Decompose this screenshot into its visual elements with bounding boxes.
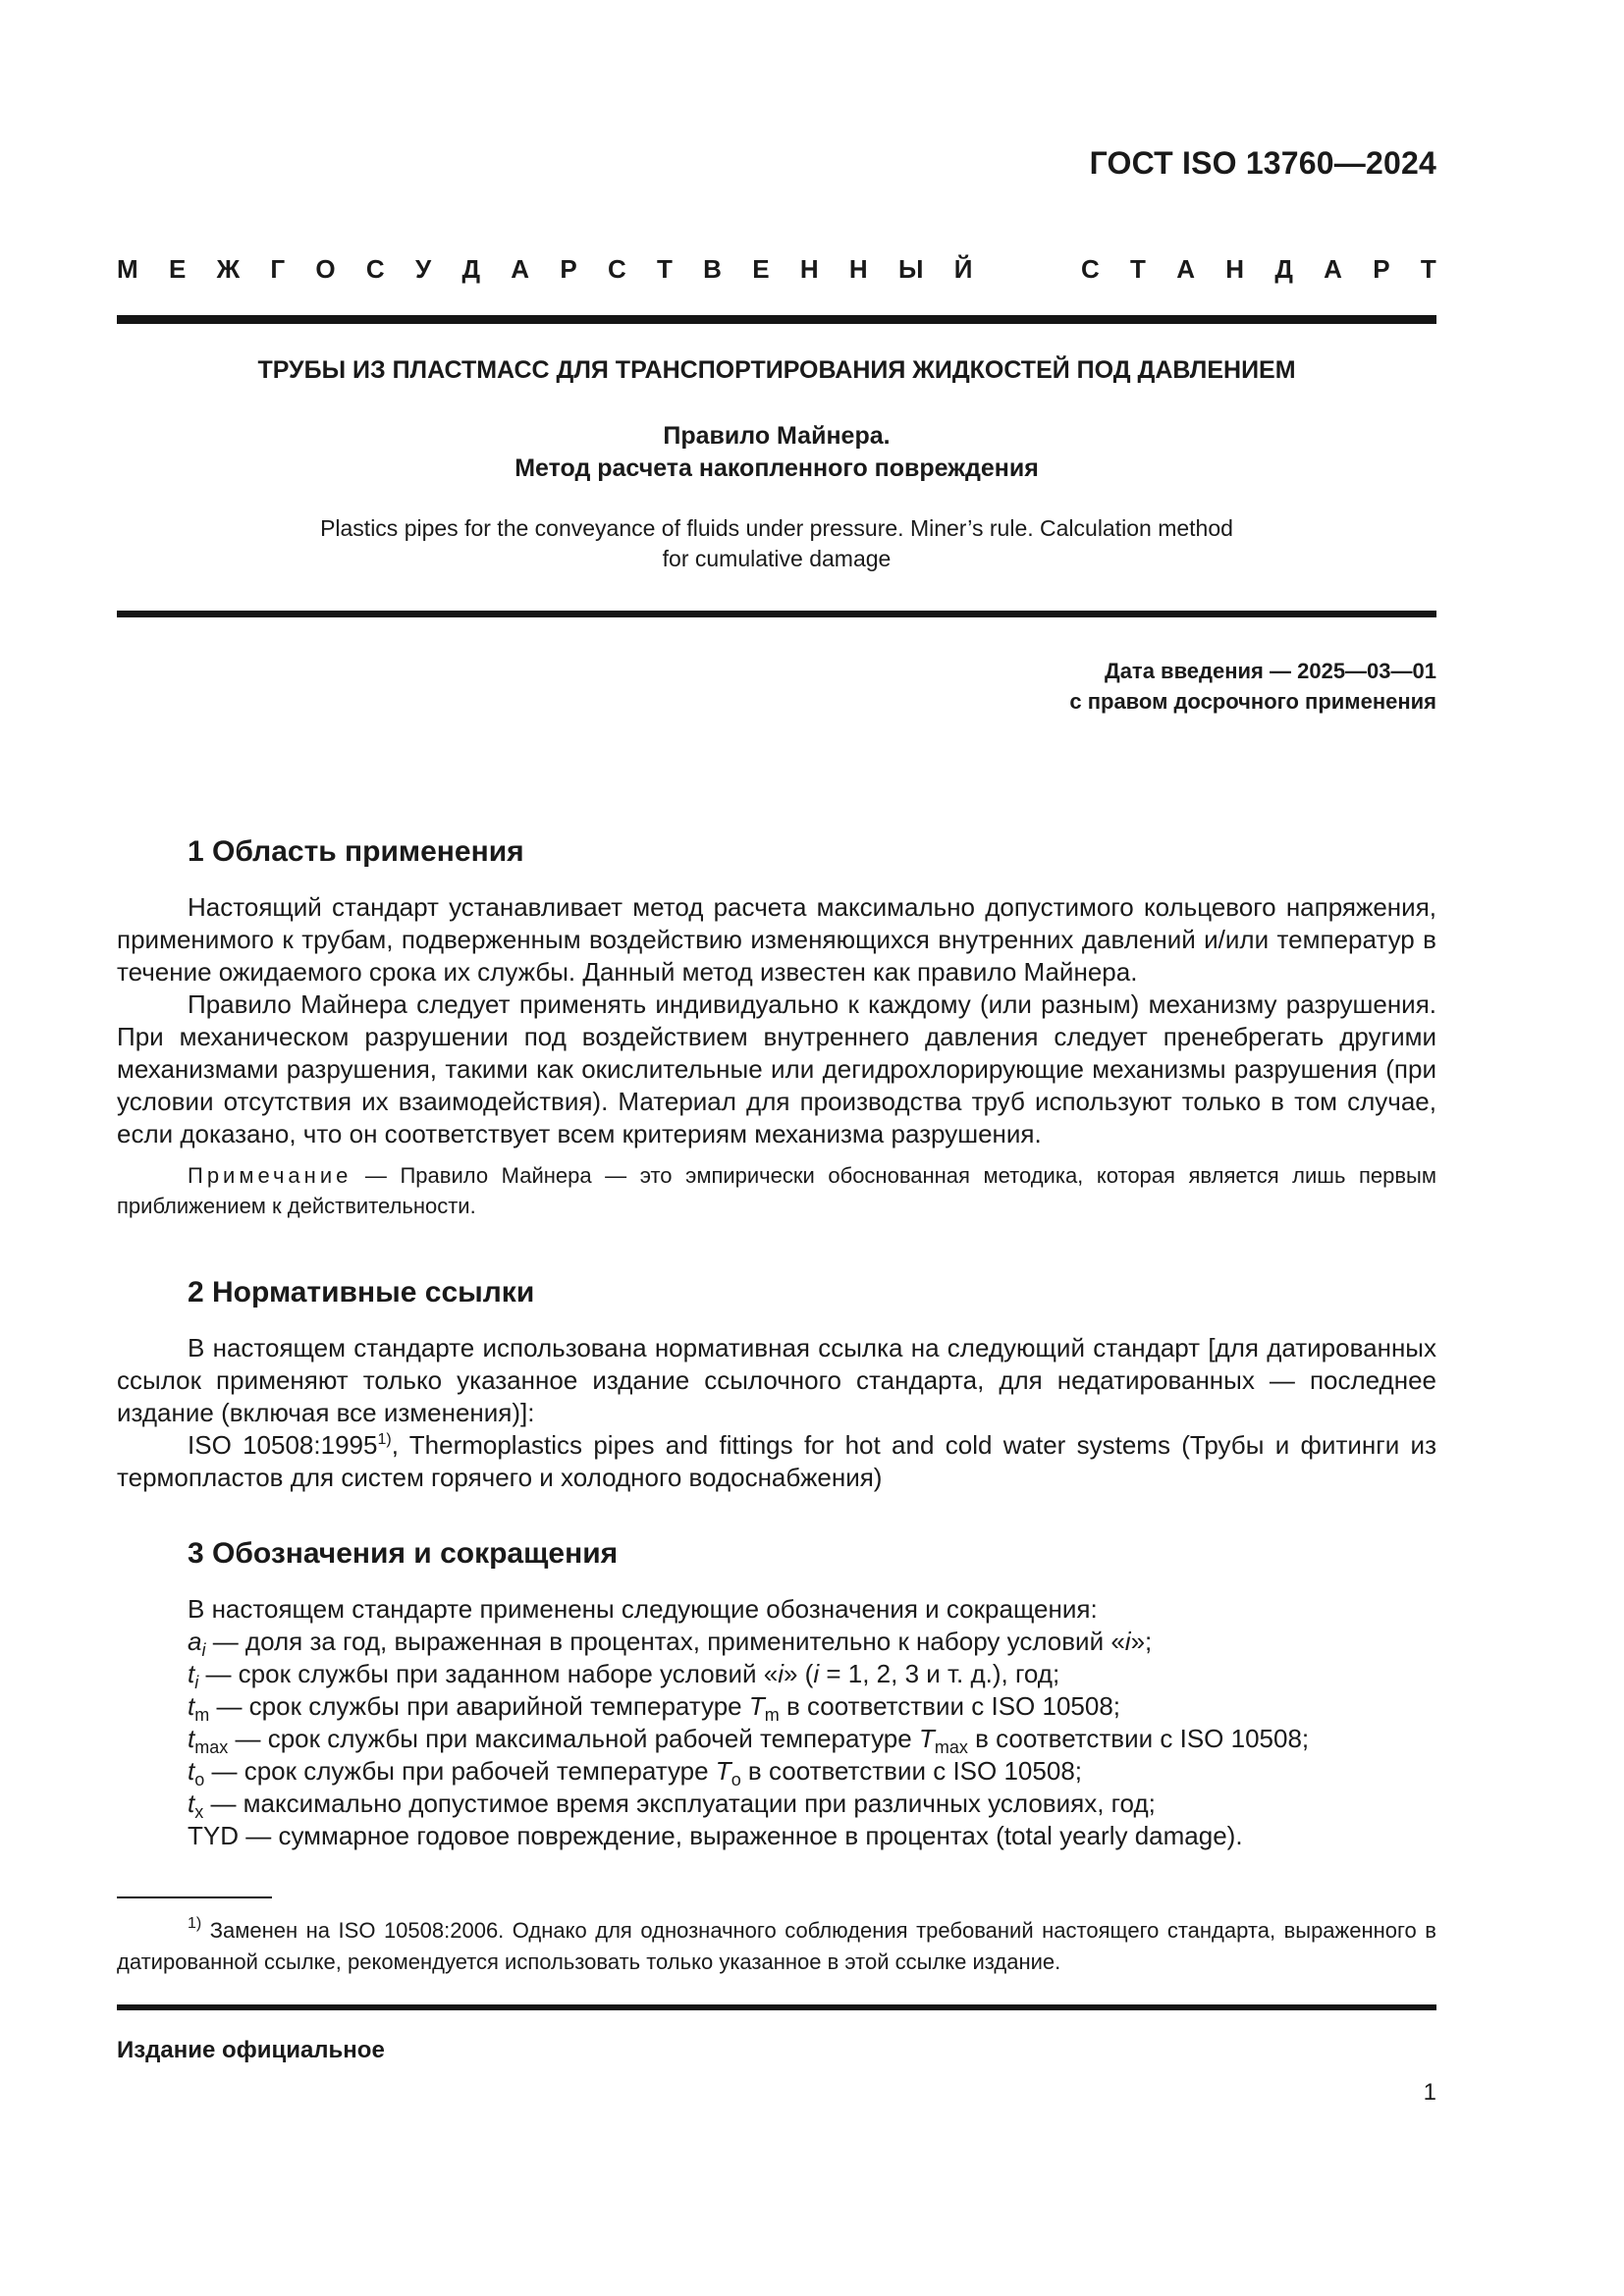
banner-letter: В — [703, 254, 722, 285]
banner-gap — [1003, 254, 1051, 285]
subtitle-line-1: Правило Майнера. — [117, 420, 1436, 453]
document-code: ГОСТ ISO 13760—2024 — [1090, 145, 1436, 182]
interstate-standard-banner: МЕЖГОСУДАРСТВЕННЫЙСТАНДАРТ — [117, 254, 1436, 285]
banner-letter: Е — [752, 254, 769, 285]
symbol-definition: to — срок службы при рабочей температуре… — [188, 1755, 1436, 1788]
symbol-definition: tm — срок службы при аварийной температу… — [188, 1690, 1436, 1723]
symbol-definition: tmax — срок службы при максимальной рабо… — [188, 1723, 1436, 1755]
subtitle-line-2: Метод расчета накопленного повреждения — [117, 453, 1436, 485]
title-rule — [117, 611, 1436, 617]
banner-letter: Н — [849, 254, 868, 285]
banner-letter: М — [117, 254, 138, 285]
title-english: Plastics pipes for the conveyance of flu… — [117, 513, 1436, 574]
symbol-definition: tx — максимально допустимое время эксплу… — [188, 1788, 1436, 1820]
paragraph: Правило Майнера следует применять индиви… — [117, 988, 1436, 1150]
section-scope: 1 Область применения Настоящий стандарт … — [117, 834, 1436, 1221]
banner-letter: Т — [1421, 254, 1436, 285]
section-heading-scope: 1 Область применения — [117, 834, 1436, 870]
official-edition-label: Издание официальное — [117, 2037, 385, 2064]
section-heading-symbols: 3 Обозначения и сокращения — [117, 1536, 1436, 1572]
note: Примечание — Правило Майнера — это эмпир… — [117, 1160, 1436, 1221]
section-normative-references: 2 Нормативные ссылки В настоящем стандар… — [117, 1275, 1436, 1494]
banner-letter: С — [1081, 254, 1100, 285]
title-english-line-2: for cumulative damage — [117, 544, 1436, 574]
banner-letter: С — [366, 254, 385, 285]
early-application-line: с правом досрочного применения — [1069, 686, 1436, 717]
reference-code: ISO 10508:1995 — [188, 1430, 377, 1460]
symbols-list: В настоящем стандарте применены следующи… — [117, 1593, 1436, 1852]
banner-letter: Т — [657, 254, 673, 285]
banner-letter: Д — [461, 254, 480, 285]
banner-letter: Й — [954, 254, 973, 285]
symbol-definition: ai — доля за год, выраженная в процентах… — [188, 1626, 1436, 1658]
banner-letter: Н — [1225, 254, 1244, 285]
section-symbols: 3 Обозначения и сокращения В настоящем с… — [117, 1536, 1436, 1852]
date-line: Дата введения — 2025—03—01 — [1069, 656, 1436, 686]
symbols-intro: В настоящем стандарте применены следующи… — [188, 1593, 1436, 1626]
banner-letter: С — [608, 254, 626, 285]
title-english-line-1: Plastics pipes for the conveyance of flu… — [117, 513, 1436, 544]
symbol-definition: TYD — суммарное годовое повреждение, выр… — [188, 1820, 1436, 1852]
banner-letter: А — [1176, 254, 1195, 285]
note-label: Примечание — [188, 1163, 352, 1188]
banner-letter: У — [415, 254, 431, 285]
footnote-text: Заменен на ISO 10508:2006. Однако для од… — [117, 1918, 1436, 1974]
banner-letter: Р — [560, 254, 576, 285]
header-rule — [117, 315, 1436, 324]
symbol-definition: ti — срок службы при заданном наборе усл… — [188, 1658, 1436, 1690]
banner-letter: Е — [169, 254, 186, 285]
banner-letter: Д — [1274, 254, 1293, 285]
footnote-marker[interactable]: 1) — [377, 1431, 391, 1448]
paragraph: Настоящий стандарт устанавливает метод р… — [117, 891, 1436, 988]
banner-letter: Г — [270, 254, 285, 285]
subtitle-russian: Правило Майнера. Метод расчета накопленн… — [117, 420, 1436, 485]
introduction-date: Дата введения — 2025—03—01 с правом доср… — [1069, 656, 1436, 717]
banner-letter: О — [315, 254, 335, 285]
banner-letter: А — [1324, 254, 1342, 285]
banner-letter: А — [511, 254, 529, 285]
footer-rule — [117, 2004, 1436, 2010]
banner-letter: Н — [800, 254, 819, 285]
section-heading-references: 2 Нормативные ссылки — [117, 1275, 1436, 1310]
footnote-separator — [117, 1896, 272, 1898]
title-russian: ТРУБЫ ИЗ ПЛАСТМАСС ДЛЯ ТРАНСПОРТИРОВАНИЯ… — [117, 356, 1436, 385]
banner-letter: Ж — [217, 254, 241, 285]
page-number: 1 — [1424, 2079, 1436, 2107]
paragraph: В настоящем стандарте использована норма… — [117, 1332, 1436, 1429]
reference-item: ISO 10508:19951), Thermoplastics pipes a… — [117, 1429, 1436, 1494]
banner-letter: Т — [1130, 254, 1146, 285]
banner-letter: Ы — [898, 254, 923, 285]
footnote: 1) Заменен на ISO 10508:2006. Однако для… — [117, 1915, 1436, 1978]
banner-letter: Р — [1373, 254, 1389, 285]
footnote-mark: 1) — [188, 1915, 201, 1932]
